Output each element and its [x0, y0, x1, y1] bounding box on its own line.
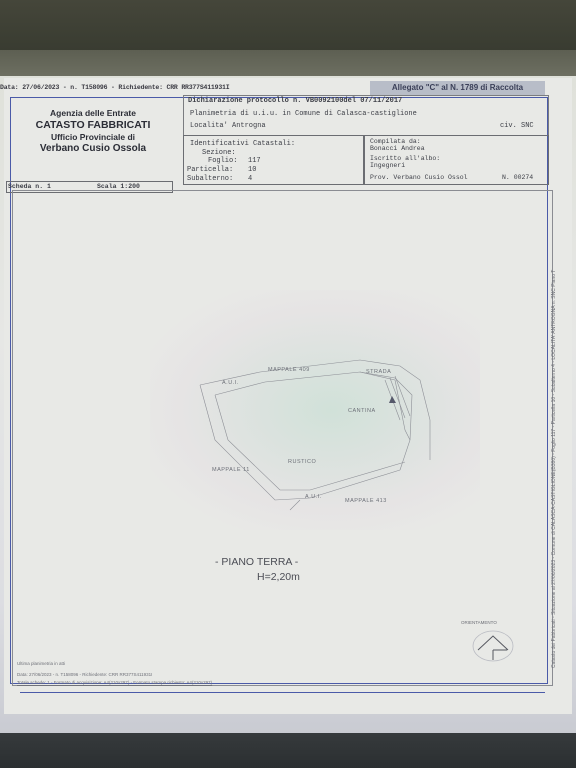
vertical-cadastral-info: Catasto dei Fabbricati - Situazione al 2…: [551, 198, 557, 668]
plan-label-mappale-11: MAPPALE 11: [212, 467, 250, 473]
plan-label-mappale-409: MAPPALE 409: [268, 367, 310, 373]
footer-format-info: Totale schede: 1 - Formato di acquisizio…: [17, 680, 212, 685]
entrance-marker: [389, 396, 396, 403]
orientation-label: ORIENTAMENTO: [461, 620, 497, 625]
floor-title: - PIANO TERRA -: [215, 556, 298, 568]
drawing-bottom-border: [20, 692, 545, 693]
footer-request-data: Data: 27/06/2023 - n. T158096 - Richiede…: [17, 672, 152, 677]
plan-label-mappale-413: MAPPALE 413: [345, 498, 387, 504]
plan-label-aui-top: A.U.I.: [222, 380, 239, 386]
plan-label-strada: STRADA: [366, 369, 391, 375]
plan-label-cantina: CANTINA: [348, 408, 376, 414]
monitor-bezel-bottom: [0, 733, 576, 768]
floor-height: H=2,20m: [257, 571, 300, 583]
north-arrow-icon: [470, 628, 516, 664]
footer-last-planimetry: Ultima planimetria in atti: [17, 661, 65, 666]
plan-label-rustico: RUSTICO: [288, 459, 316, 465]
plan-label-aui-bottom: A.U.I.: [305, 494, 322, 500]
